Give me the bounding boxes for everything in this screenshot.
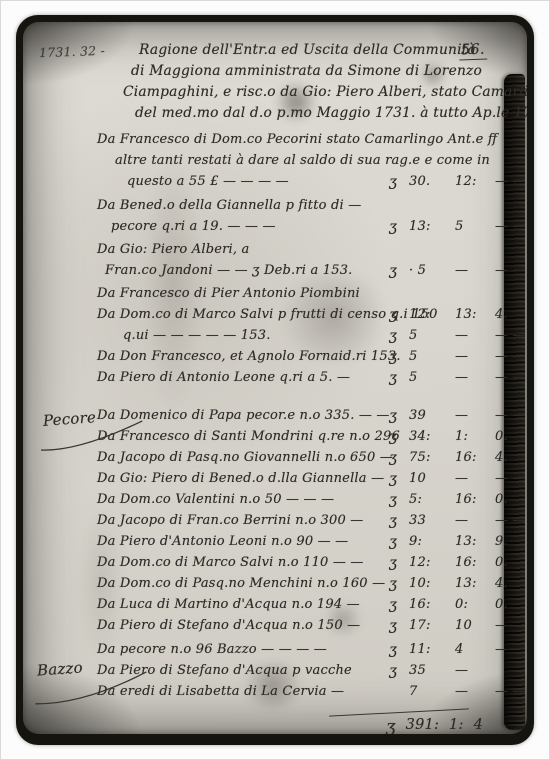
amount-denari: 4. bbox=[495, 450, 508, 465]
lira-symbol: ʒ bbox=[389, 513, 397, 529]
entry-text: Da Gio: Piero di Bened.o d.lla Giannella… bbox=[97, 471, 384, 486]
amount-denari: — — bbox=[495, 174, 526, 189]
amount-lire: 5 bbox=[409, 349, 417, 364]
entry-text: Da Dom.co di Pasq.no Menchini n.o 160 — bbox=[97, 576, 385, 591]
amount-denari: 0. bbox=[495, 492, 508, 507]
amount-lire: 16: bbox=[409, 597, 431, 612]
amount-soldi: 16: bbox=[455, 555, 477, 570]
amount-denari: 4. bbox=[495, 307, 508, 322]
amount-lire: 17: bbox=[409, 618, 431, 633]
ledger-entry-row: Da Jacopo di Pasq.no Giovannelli n.o 650… bbox=[97, 450, 523, 471]
amount-soldi: 13: bbox=[455, 576, 477, 591]
amount-soldi: — bbox=[455, 513, 468, 528]
manuscript-page: 1731. 32 - 56. Ragione dell'Entr.a ed Us… bbox=[23, 22, 527, 734]
ledger-entry-row: pecore q.ri a 19. — — — ʒ 13: 5 — — bbox=[97, 219, 523, 240]
margin-label-pecore: Pecore bbox=[42, 408, 96, 430]
scanned-ledger-screenshot: 1731. 32 - 56. Ragione dell'Entr.a ed Us… bbox=[0, 0, 550, 760]
amount-lire: 12: bbox=[409, 555, 431, 570]
amount-soldi: 0: bbox=[455, 597, 468, 612]
ledger-entry-row: q.ui — — — — — 153. ʒ 5 — — — bbox=[97, 328, 523, 349]
ledger-entry-row: Da Gio: Piero Alberi, a bbox=[97, 242, 523, 263]
amount-denari: —— bbox=[495, 618, 521, 633]
amount-lire: 7 bbox=[409, 684, 417, 699]
ledger-entry-row: Da Piero di Antonio Leone q.ri a 5. — ʒ … bbox=[97, 370, 523, 391]
amount-denari: — — bbox=[495, 513, 526, 528]
entry-text: Da Dom.co Valentini n.o 50 — — — bbox=[97, 492, 334, 507]
amount-lire: 10: bbox=[409, 576, 431, 591]
lira-symbol: ʒ bbox=[389, 263, 397, 279]
amount-soldi: — bbox=[455, 370, 468, 385]
lira-symbol: ʒ bbox=[389, 328, 397, 344]
entry-text: Da Dom.co di Marco Salvi p frutti di cen… bbox=[97, 307, 438, 322]
amount-denari: — — bbox=[495, 408, 526, 423]
margin-label-bazzo: Bazzo bbox=[36, 658, 83, 679]
header-line: Ragione dell'Entr.a ed Uscita della Comm… bbox=[123, 42, 523, 63]
amount-soldi: 16: bbox=[455, 492, 477, 507]
amount-lire: 5: bbox=[409, 492, 422, 507]
amount-lire: 5 bbox=[409, 328, 417, 343]
entry-text: Da Jacopo di Fran.co Berrini n.o 300 — bbox=[97, 513, 364, 528]
amount-lire: 12: bbox=[409, 307, 431, 322]
amount-soldi: — bbox=[455, 663, 468, 678]
ledger-entry-row: questo a 55 £ — — — — ʒ 30. 12: — — bbox=[97, 174, 523, 195]
lira-symbol: ʒ bbox=[389, 370, 397, 386]
amount-soldi: 10 bbox=[455, 618, 472, 633]
amount-lire: 33 bbox=[409, 513, 426, 528]
lira-symbol: ʒ bbox=[386, 717, 396, 734]
amount-soldi: 13: bbox=[455, 307, 477, 322]
lira-symbol: ʒ bbox=[389, 471, 397, 487]
ledger-entry-row: Fran.co Jandoni — — ʒ Deb.ri a 153. ʒ · … bbox=[97, 263, 523, 284]
entry-text: Da Don Francesco, et Agnolo Fornaid.ri 1… bbox=[97, 349, 401, 364]
lira-symbol: ʒ bbox=[389, 429, 397, 445]
lira-symbol: ʒ bbox=[389, 349, 397, 365]
amount-denari: — — bbox=[495, 684, 526, 699]
ledger-entry-row: Da pecore n.o 96 Bazzo — — — — ʒ 11: 4 —… bbox=[97, 642, 523, 663]
entry-text: Da Bened.o della Giannella p fitto di — bbox=[97, 198, 361, 213]
entry-text: pecore q.ri a 19. — — — bbox=[111, 219, 276, 234]
amount-soldi: 5 bbox=[455, 219, 463, 234]
lira-symbol: ʒ bbox=[389, 663, 397, 679]
lira-symbol: ʒ bbox=[389, 219, 397, 235]
header-line: del med.mo dal d.o p.mo Maggio 1731. à t… bbox=[123, 105, 523, 126]
photo-frame: 1731. 32 - 56. Ragione dell'Entr.a ed Us… bbox=[16, 15, 534, 745]
entry-text: Da pecore n.o 96 Bazzo — — — — bbox=[97, 642, 327, 657]
amount-lire: 5 bbox=[409, 370, 417, 385]
ledger-entry-row: Da eredi di Lisabetta di La Cervia — 7 —… bbox=[97, 684, 523, 705]
header-line: Ciampaghini, e risc.o da Gio: Piero Albe… bbox=[123, 84, 523, 105]
amount-soldi: 16: bbox=[455, 450, 477, 465]
amount-soldi: — bbox=[455, 471, 468, 486]
amount-soldi: 13: bbox=[455, 534, 477, 549]
ledger-entry-row: Da Francesco di Pier Antonio Piombini bbox=[97, 286, 523, 307]
entry-text: Da Dom.co di Marco Salvi n.o 110 — — bbox=[97, 555, 364, 570]
amount-soldi: — bbox=[455, 349, 468, 364]
ledger-header: Ragione dell'Entr.a ed Uscita della Comm… bbox=[123, 42, 523, 126]
entry-text: altre tanti restati à dare al saldo di s… bbox=[115, 153, 490, 168]
total-row: ʒ 391: 1: 4 bbox=[386, 717, 483, 734]
lira-symbol: ʒ bbox=[389, 597, 397, 613]
ledger-entries: Da Francesco di Dom.co Pecorini stato Ca… bbox=[97, 132, 523, 705]
ledger-entry-row: Da Dom.co di Pasq.no Menchini n.o 160 — … bbox=[97, 576, 523, 597]
ledger-entry-row: Da Domenico di Papa pecor.e n.o 335. — —… bbox=[97, 408, 523, 429]
entry-text: Da Jacopo di Pasq.no Giovannelli n.o 650… bbox=[97, 450, 393, 465]
entry-text: q.ui — — — — — 153. bbox=[123, 328, 271, 343]
amount-denari: 0. bbox=[495, 555, 508, 570]
amount-denari: — — bbox=[495, 370, 526, 385]
total-lire: 391: bbox=[406, 717, 439, 734]
amount-denari: — — bbox=[495, 349, 526, 364]
ledger-entry-row: Da Dom.co Valentini n.o 50 — — — ʒ 5: 16… bbox=[97, 492, 523, 513]
entry-text: Da Luca di Martino d'Acqua n.o 194 — bbox=[97, 597, 360, 612]
amount-soldi: 4 bbox=[455, 642, 463, 657]
amount-soldi: 1: bbox=[455, 429, 468, 444]
lira-symbol: ʒ bbox=[389, 618, 397, 634]
amount-denari: — — bbox=[495, 219, 526, 234]
amount-denari: 4. bbox=[495, 576, 508, 591]
ledger-entry-row: Da Francesco di Santi Mondrini q.re n.o … bbox=[97, 429, 523, 450]
amount-lire: 11: bbox=[409, 642, 431, 657]
ledger-entry-row: Da Piero di Stefano d'Acqua n.o 150 — ʒ … bbox=[97, 618, 523, 639]
amount-lire: 75: bbox=[409, 450, 431, 465]
sum-rule-line bbox=[329, 708, 469, 716]
entry-text: questo a 55 £ — — — — bbox=[127, 174, 289, 189]
ledger-entry-row: Da Piero di Stefano d'Acqua p vacche ʒ 3… bbox=[97, 663, 523, 684]
ledger-entry-row: Da Gio: Piero di Bened.o d.lla Giannella… bbox=[97, 471, 523, 492]
ledger-entry-row: Da Francesco di Dom.co Pecorini stato Ca… bbox=[97, 132, 523, 153]
amount-lire: 39 bbox=[409, 408, 426, 423]
entry-text: Da Francesco di Dom.co Pecorini stato Ca… bbox=[97, 132, 497, 147]
amount-denari: — — bbox=[495, 328, 526, 343]
amount-denari: —— bbox=[495, 642, 521, 657]
amount-lire: 9: bbox=[409, 534, 422, 549]
entry-text: Da Piero di Stefano d'Acqua n.o 150 — bbox=[97, 618, 360, 633]
amount-soldi: — bbox=[455, 328, 468, 343]
entry-text: Da Piero di Antonio Leone q.ri a 5. — bbox=[97, 370, 350, 385]
entry-text: Da Piero d'Antonio Leoni n.o 90 — — bbox=[97, 534, 348, 549]
lira-symbol: ʒ bbox=[389, 492, 397, 508]
total-denari: 4 bbox=[474, 717, 483, 734]
amount-soldi: — bbox=[455, 408, 468, 423]
lira-symbol: ʒ bbox=[389, 534, 397, 550]
ledger-entry-row: Da Jacopo di Fran.co Berrini n.o 300 — ʒ… bbox=[97, 513, 523, 534]
lira-symbol: ʒ bbox=[389, 408, 397, 424]
ledger-entry-row: Da Don Francesco, et Agnolo Fornaid.ri 1… bbox=[97, 349, 523, 370]
amount-denari: 0. bbox=[495, 429, 508, 444]
amount-lire: 13: bbox=[409, 219, 431, 234]
ledger-entry-row: Da Piero d'Antonio Leoni n.o 90 — — ʒ 9:… bbox=[97, 534, 523, 555]
amount-lire: 35 bbox=[409, 663, 426, 678]
total-soldi: 1: bbox=[449, 717, 464, 734]
lira-symbol: ʒ bbox=[389, 307, 397, 323]
entry-text: Da Francesco di Pier Antonio Piombini bbox=[97, 286, 360, 301]
lira-symbol: ʒ bbox=[389, 174, 397, 190]
amount-denari: — — bbox=[495, 263, 526, 278]
amount-denari: — — bbox=[495, 471, 526, 486]
entry-text: Fran.co Jandoni — — ʒ Deb.ri a 153. bbox=[105, 263, 353, 278]
amount-soldi: 12: bbox=[455, 174, 477, 189]
amount-lire: 34: bbox=[409, 429, 431, 444]
amount-denari: 9. bbox=[495, 534, 508, 549]
amount-soldi: — bbox=[455, 263, 468, 278]
lira-symbol: ʒ bbox=[389, 555, 397, 571]
ledger-entry-row: Da Bened.o della Giannella p fitto di — bbox=[97, 198, 523, 219]
lira-symbol: ʒ bbox=[389, 450, 397, 466]
ledger-entry-row: Da Luca di Martino d'Acqua n.o 194 — ʒ 1… bbox=[97, 597, 523, 618]
ledger-entry-row: Da Dom.co di Marco Salvi n.o 110 — — ʒ 1… bbox=[97, 555, 523, 576]
amount-lire: 10 bbox=[409, 471, 426, 486]
ledger-entry-row: Da Dom.co di Marco Salvi p frutti di cen… bbox=[97, 307, 523, 328]
marginal-date: 1731. 32 - bbox=[39, 43, 105, 60]
lira-symbol: ʒ bbox=[389, 642, 397, 658]
ledger-entry-row: altre tanti restati à dare al saldo di s… bbox=[97, 153, 523, 174]
lira-symbol: ʒ bbox=[389, 576, 397, 592]
entry-text: Da Gio: Piero Alberi, a bbox=[97, 242, 250, 257]
amount-soldi: — bbox=[455, 684, 468, 699]
amount-lire: · 5 bbox=[409, 263, 426, 278]
amount-lire: 30. bbox=[409, 174, 430, 189]
amount-denari: 0. bbox=[495, 597, 508, 612]
header-line: di Maggiona amministrata da Simone di Lo… bbox=[123, 63, 523, 84]
